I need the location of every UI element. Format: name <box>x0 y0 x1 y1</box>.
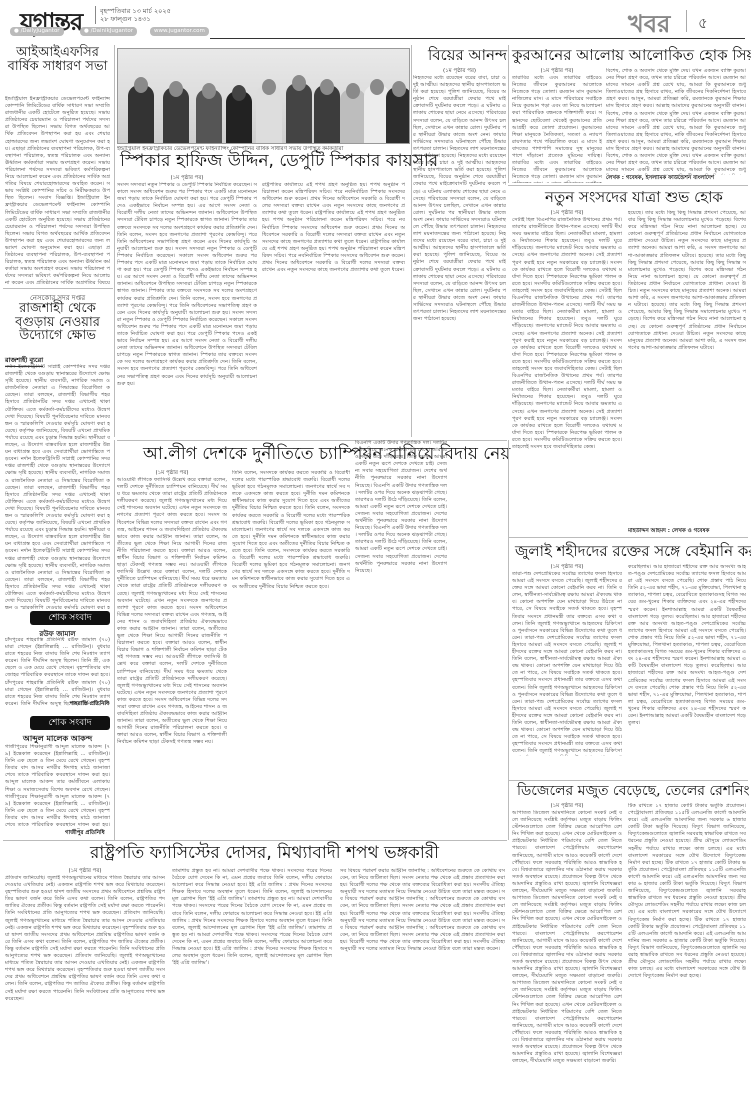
parliament-body-col1: সেটাই ছিল বিএনপির রাজনৈতিক উত্থানের প্রথ… <box>512 217 622 527</box>
wedding-headline[interactable]: বিয়ের আনন্দ <box>428 48 507 64</box>
section-rule <box>3 288 113 289</box>
awami-headline[interactable]: আ.লীগ দেশকে দুর্নীতিতে চ্যাম্পিয়ন বানিয… <box>143 446 510 464</box>
website-link[interactable]: www.jugantor.com <box>150 27 209 36</box>
page-number: ৫ <box>698 12 708 37</box>
july-body-col1: তারা-পশু দেশপ্রেমিকের সর্বোচ্চ ত্যাগের ফ… <box>512 571 622 756</box>
quran-author: লেখক : গবেষক, ইসলামিক ফাউন্ডেশন বাংলাদেশ <box>606 175 746 183</box>
speaker-body-col1: সংসদ সদস্যরা নতুন স্পিকার ও ডেপুটি স্পিক… <box>117 182 257 436</box>
section-rule <box>508 780 748 781</box>
president-body-col1: প্রতিবাদ জানিয়েছি। জুলাই গণঅভ্যুত্থানের… <box>5 875 165 1090</box>
section-rule <box>3 840 507 841</box>
column-rule <box>411 45 412 437</box>
iiafc-body: ইন্ডাস্ট্রিয়াল ইনফ্রাস্ট্রাকচার ডেভেলপম… <box>5 96 110 286</box>
speaker-headline[interactable]: স্পিকার হাফিজ উদ্দিন, ডেপুটি স্পিকার কায… <box>120 153 438 171</box>
iiafc-headline[interactable]: আইআইএফসির বার্ষিক সাধারণ সভা <box>5 46 110 73</box>
section-title: খবর <box>628 6 670 46</box>
masthead: যুগান্তর বৃহস্পতিবার ১৩ মার্চ ২০২৫ ২৮ ফা… <box>0 0 751 40</box>
president-body-col2: তামাশায় প্রস্তুত হব না। আমরা দেশবাসীর প… <box>172 868 332 1090</box>
twitter-link[interactable]: ● /DailyJugantor <box>10 27 64 36</box>
awami-body-col1: আওয়ামী লীগকে ফ্যাসিস্ট উল্লেখ করে বক্তা… <box>117 477 227 835</box>
diesel-headline[interactable]: ডিজেলের মজুত বেড়েছে, তেলের রেশনিং শিথিল <box>517 784 751 799</box>
speaker-body-col2: রাষ্ট্রপতির কার্যালয়ে এই শপথ গ্রহণ অনুষ… <box>262 182 405 436</box>
agm-photo <box>117 48 410 144</box>
obituary-credit: শাহরাস্তি প্রতিনিধি <box>70 701 109 709</box>
july-headline[interactable]: জুলাই শহীদদের রক্তের সঙ্গে বেইমানি করব ন… <box>515 544 751 560</box>
president-body-col3: সব বিষয়ে পরামর্শ করার আহ্বান জানাচ্ছি :… <box>340 868 505 1090</box>
facebook-link[interactable]: ● /DainikJugantor <box>80 27 137 36</box>
awami-body-col2: তিনি বলেন, সংসদকে কার্যকর করতে সরকারি ও … <box>232 470 350 835</box>
wedding-body: নিহতদের মধ্যে রয়েছেন বরের বাবা, চাচা ও … <box>413 75 506 437</box>
column-rule <box>114 440 115 840</box>
parliament-body-col2: হয়েছে। তার মধ্যে কিছু কিছু সিদ্ধান্ত প্… <box>628 210 746 528</box>
section-rule <box>508 537 748 538</box>
parliament-headline[interactable]: নতুন সংসদের যাত্রা শুভ হোক <box>545 190 723 206</box>
obituary-credit: গাজীপুর প্রতিনিধি <box>65 830 105 838</box>
president-headline[interactable]: রাষ্ট্রপতি ফ্যাসিস্টের দোসর, মিথ্যাবাদী … <box>90 845 439 863</box>
logo-divider <box>95 6 96 24</box>
quran-body-col2: বিশেষ, শোক ও অবসাদ থেকে মুক্তি দেয়। যখন… <box>606 68 746 175</box>
rajshahi-body: নর্দান ইলেকট্রিসিটি সাপ্লাই কোম্পানির সদ… <box>5 364 110 609</box>
twitter-icon: ● <box>14 28 19 34</box>
date-bangla: ২৮ ফাল্গুন ১৪৩১ <box>100 14 151 25</box>
parliament-author: মহিউদ্দিন আহমদ : লেখক ও গবেষক <box>628 528 746 536</box>
section-divider <box>686 10 687 32</box>
section-rule <box>117 440 507 441</box>
rajshahi-headline[interactable]: রাজশাহী থেকে বগুড়ায় নেওয়ার উদ্যোগে ক্… <box>5 302 110 343</box>
facebook-icon: ● <box>84 28 89 34</box>
section-rule <box>508 185 748 186</box>
quran-body-col1: তারাবির মধ্যে এবং তারাবির বাইরেও নিজের জ… <box>512 75 602 183</box>
obituary-bar: শোক সংবাদ <box>30 611 110 625</box>
column-rule <box>508 45 509 183</box>
diesel-body-col1: আপাতত ডিজেল আমদানিতে কোনো সংকট নেই বলে জ… <box>512 810 622 1090</box>
quran-headline[interactable]: কুরআনের আলোয় আলোকিত হোক সিয়াম সাধনা <box>512 48 751 64</box>
obituary-body: গাজীপুরের শিক্ষানুরাগী আব্দুল মালেক আকন্… <box>5 744 110 829</box>
awami-body-col3: বিএনপি একটি উদার গণতান্ত্রিক দল। দলটির ও… <box>355 440 447 835</box>
obituary-bar: শোক সংবাদ <box>30 716 110 730</box>
obituary-body: চাঁদপুরের শাহরাস্তি প্রতিনিধি রউফ জামাল … <box>5 637 110 707</box>
newspaper-logo[interactable]: যুগান্তর <box>20 4 82 44</box>
column-rule <box>114 45 115 437</box>
diesel-body-col2: টিক রাখতে ১৭ হাজার কোটি টাকার ভর্তুকি প্… <box>628 803 746 1090</box>
july-body-col2: করেছিলাম। আর হাজারো শহীদের রক্ত আর অসংখ্… <box>628 564 746 756</box>
